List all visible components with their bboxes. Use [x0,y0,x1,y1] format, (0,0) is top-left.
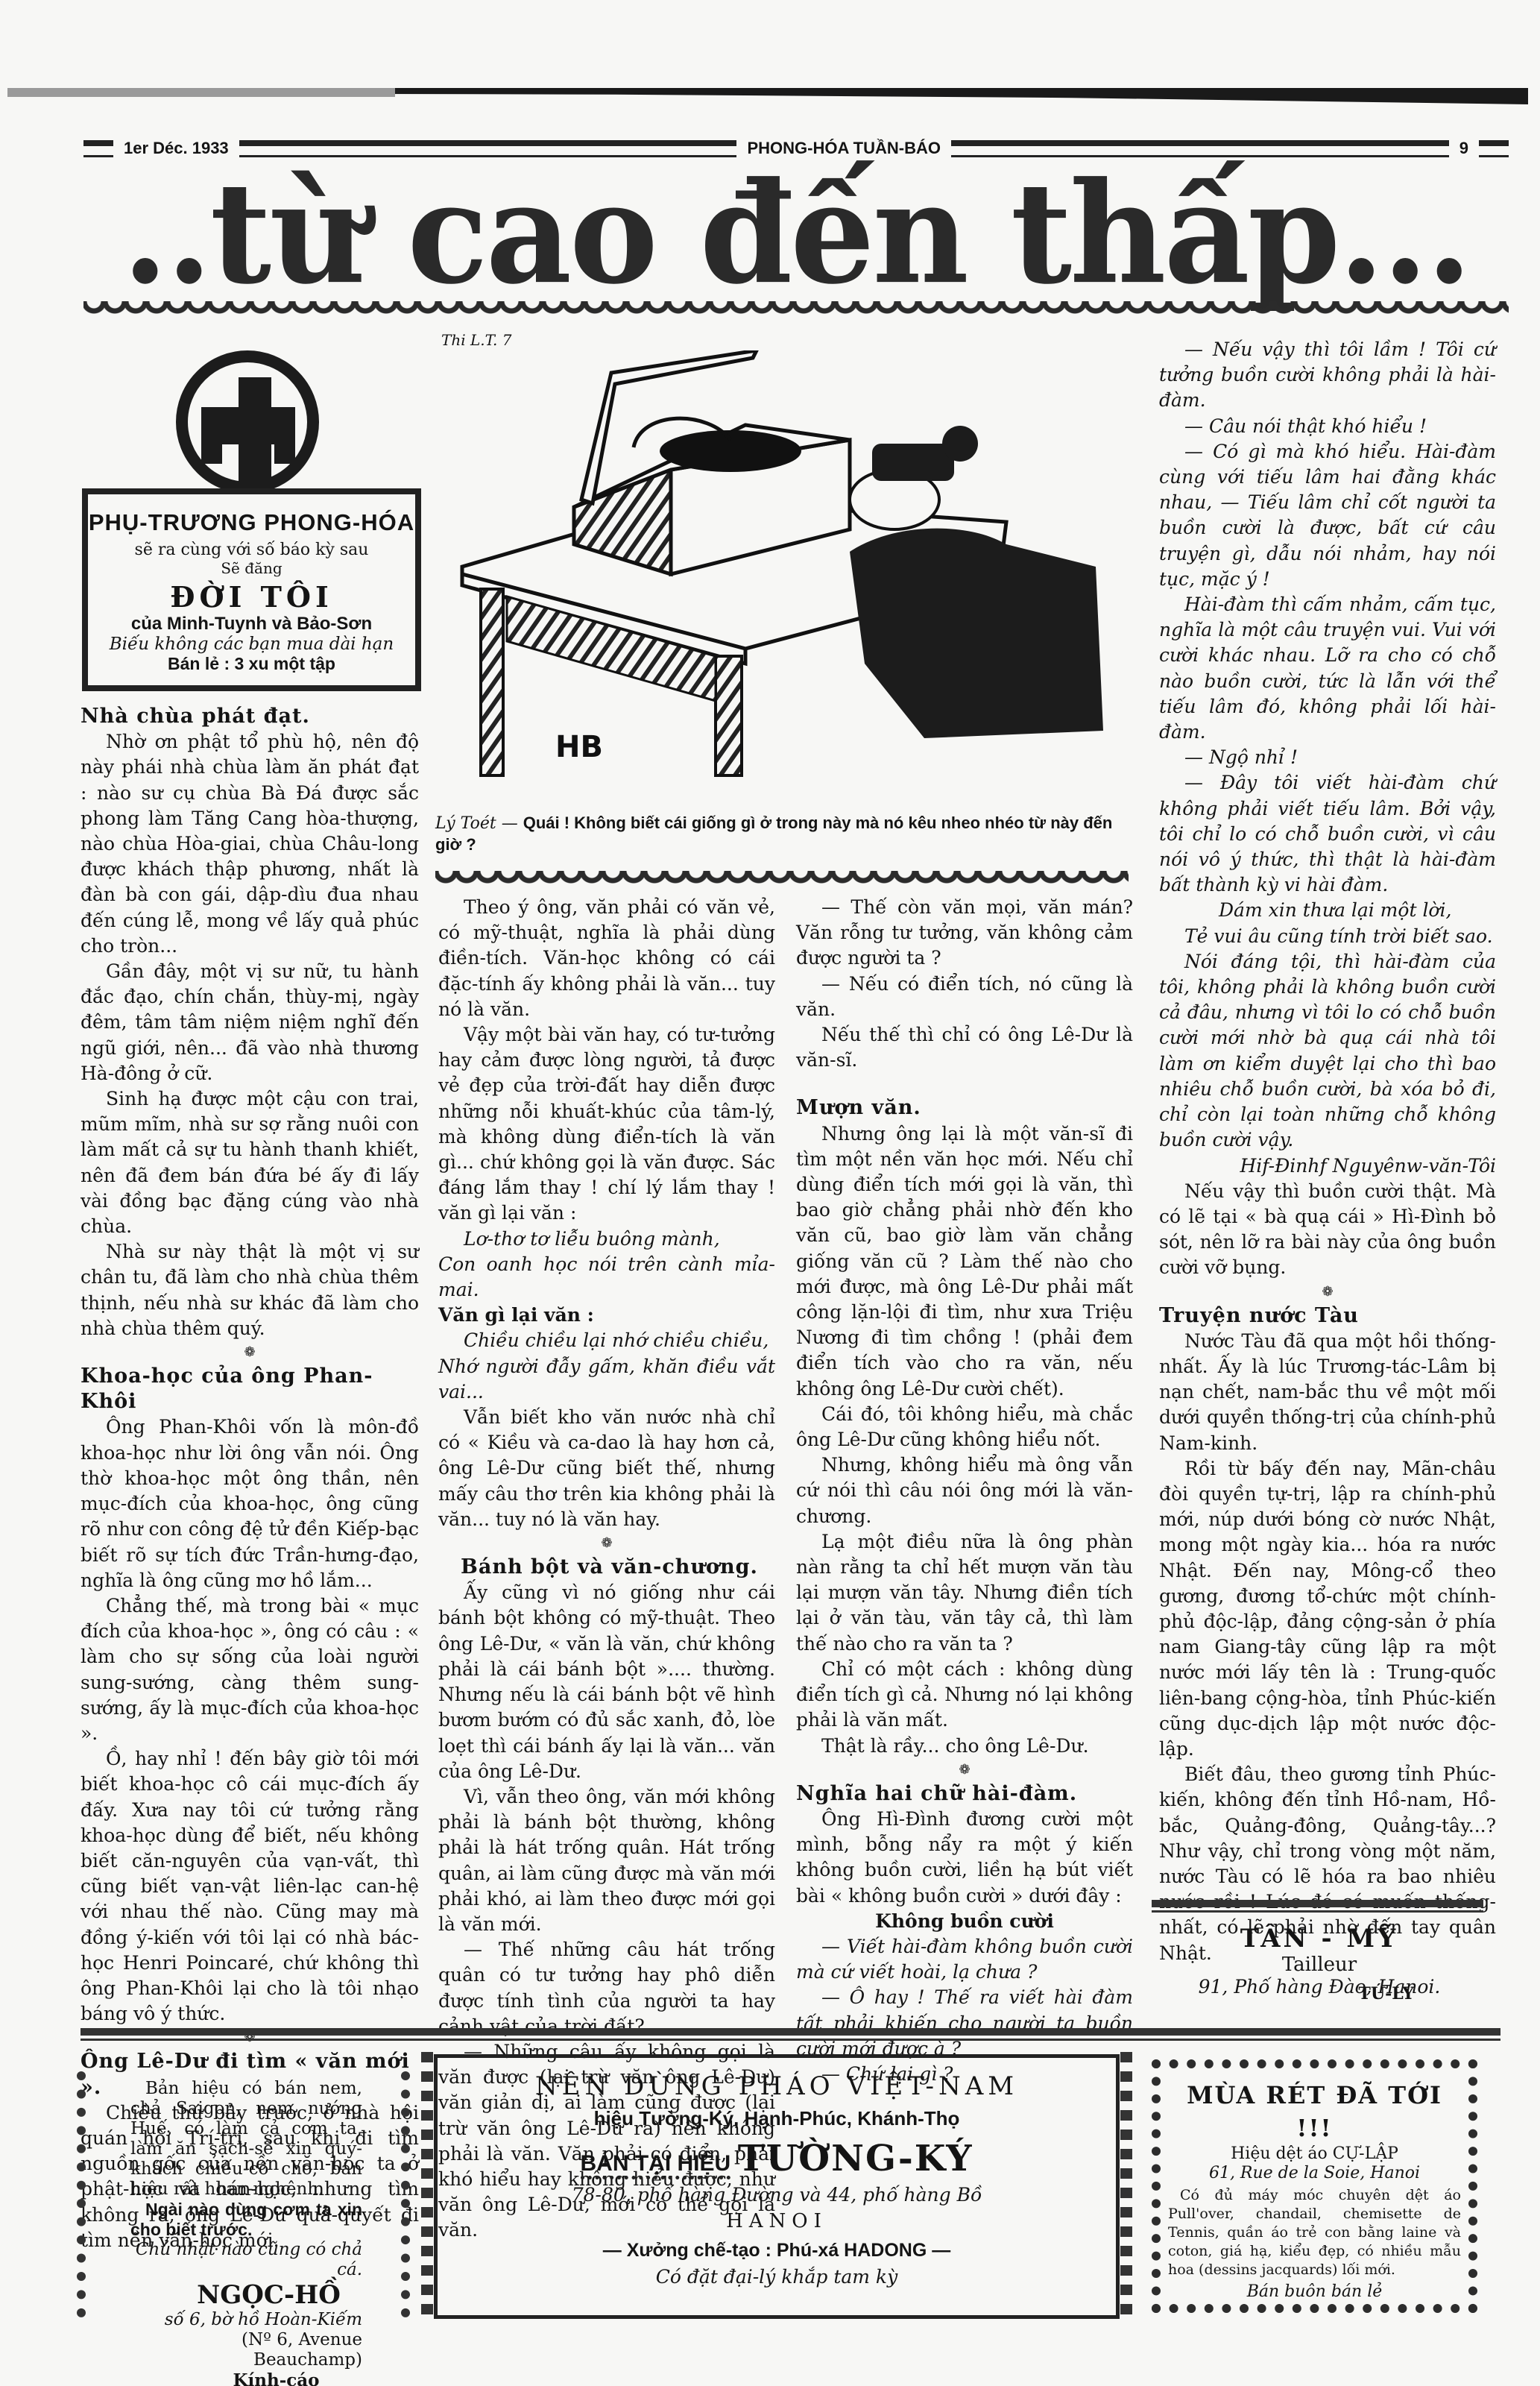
paragraph: Cái đó, tôi không hiểu, mà chắc ông Lê-D… [796,1402,1133,1452]
verse-line: Dám xin thưa lại một lời, [1159,898,1496,923]
ad-sold-at: BÁN TẠI HIỆU [581,2151,731,2179]
article-title: Truyện nước Tàu [1159,1303,1496,1329]
paragraph: Vẫn biết kho văn nước nhà chỉ có « Kiều … [438,1405,775,1532]
paragraph: Chẳng thế, mà trong bài « mục đích của k… [81,1593,419,1746]
cartoon-gramophone-illustration: HB [447,350,1126,798]
dialogue-line: — Nếu vậy thì tôi lầm ! Tôi cứ tưởng buồ… [1159,337,1496,414]
column-2: Theo ý ông, văn phải có văn vẻ, có mỹ-th… [438,895,775,2244]
cartoon-credit: Thi L.T. 7 [441,331,511,349]
ad-name: TÂN - MỸ [1152,1924,1487,1954]
paragraph: Vì, vẫn theo ông, văn mới không phải là … [438,1784,775,1937]
dialogue-line: — Câu nói thật khó hiểu ! [1159,414,1496,439]
verse-line: Chiều chiều lại nhớ chiều chiều, [438,1328,775,1353]
paragraph: Ồ, hay nhỉ ! đến bây giờ tôi mới biết kh… [81,1746,419,2027]
ad-note-italic: Chủ nhật nào cũng có chả cá. [130,2240,362,2280]
dialogue-line: — Đây tôi viết hài-đàm chứ không phải vi… [1159,770,1496,898]
verse-line: Lơ-thơ tơ liễu buông mành, [438,1227,775,1252]
article-title: Bánh bột và văn-chương. [438,1555,775,1580]
wavy-divider [435,871,1129,887]
supplement-line: Sẽ đăng [88,559,415,577]
ad-address: 78-80, phố hàng Đường và 44, phố hàng Bồ [438,2184,1116,2206]
verse-line: Nhớ người đẫy gấm, khăn điều vắt vai... [438,1354,775,1405]
ad-headline: MÙA RÉT ĐÃ TỚI !!! [1168,2079,1461,2144]
ad-name: NGỌC-HỒ [130,2280,362,2310]
scan-edge-gray [7,88,395,97]
ad-address: 61, Rue de la Soie, Hanoi [1168,2164,1461,2183]
supplement-offer: Biếu không các bạn mua dài hạn [88,635,415,654]
ad-tuong-ky: NÊN DÙNG PHÁO VIỆT-NAM hiệu Tường-Ký, Hạ… [434,2054,1120,2319]
article-title: Nhà chùa phát đạt. [81,704,419,729]
ad-body: Có đủ máy móc chuyên dệt áo Pull'over, c… [1168,2186,1461,2279]
bottom-rule [81,2028,1500,2041]
ad-note: Ngài nào dùng cơm ta xin cho biết trước. [130,2200,362,2240]
ad-city: HANOI [438,2210,1116,2232]
paragraph: Nhà sư này thật là một vị sư chân tu, đã… [81,1239,419,1341]
caption-speaker: Lý Toét — [435,814,518,833]
ad-shop-name: TƯỜNG-KÝ [738,2138,973,2179]
dialogue-line: Hài-đàm thì cấm nhảm, cấm tục, nghĩa là … [1159,592,1496,745]
column-3: — Thế còn văn mọi, văn mán? Văn rỗng tư … [796,895,1133,2087]
paragraph: Theo ý ông, văn phải có văn vẻ, có mỹ-th… [438,895,775,1022]
column-4: — Nếu vậy thì tôi lầm ! Tôi cứ tưởng buồ… [1159,337,1496,2006]
ad-tan-my: TÂN - MỸ Tailleur 91, Phố hàng Đào, Hano… [1152,1924,1487,1998]
article-title: Mượn văn. [796,1095,1133,1121]
column-1: Nhà chùa phát đạt. Nhờ ơn phật tổ phù hộ… [81,704,419,2253]
supplement-work-title: ĐỜI TÔI [88,580,415,614]
supplement-authors: của Minh-Tuynh và Bảo-Sơn [88,614,415,635]
ad-headline: NÊN DÙNG PHÁO VIỆT-NAM [438,2071,1116,2101]
ad-signoff: Kính-cáo [130,2370,362,2386]
ad-body: Bản hiệu có bán nem, chả Saigon, nem nướ… [130,2079,362,2200]
paragraph: Gần đây, một vị sư nữ, tu hành đắc đạo, … [81,959,419,1086]
ornament-icon: ❁ [81,1341,419,1364]
phong-hoa-emblem-icon [176,350,319,494]
ad-cu-lap: MÙA RÉT ĐÃ TỚI !!! Hiệu dệt áo CỰ-LẬP 61… [1152,2059,1477,2313]
wavy-divider [83,301,1509,318]
ornament-icon: ❁ [438,1532,775,1555]
paragraph: Ông Hì-Đình đương cười một mình, bỗng nẩ… [796,1807,1133,1909]
dialogue-line: — Ô hay ! Thế ra viết hài đàm tất phải k… [796,1985,1133,2062]
ad-agents: Có đặt đại-lý khắp tam kỳ [438,2266,1116,2288]
paragraph: — Nếu có điển tích, nó cũng là văn. [796,972,1133,1022]
paragraph: Thật là rầy... cho ông Lê-Dư. [796,1734,1133,1759]
verse-line: Con oanh học nói trên cành mỉa-mai. [438,1252,775,1303]
supplement-title: PHỤ-TRƯƠNG PHONG-HÓA [88,509,415,536]
ad-factory: — Xưởng chế-tạo : Phú-xá HADONG — [438,2240,1116,2261]
paragraph: Nếu vậy thì buồn cười thật. Mà có lẽ tại… [1159,1179,1496,1281]
ornament-icon: ❁ [1159,1281,1496,1303]
caption-text: Quái ! Không biết cái giống gì ở trong n… [435,813,1112,854]
header-rule [1479,140,1509,157]
ornament-icon: ❁ [796,1759,1133,1781]
article-title: Khoa-học của ông Phan-Khôi [81,1364,419,1414]
paragraph: Nói đáng tội, thì hài-đàm của tôi, không… [1159,949,1496,1153]
paragraph: Nhưng ông lại là một văn-sĩ đi tìm một n… [796,1121,1133,1402]
artist-signature: HB [555,730,603,764]
ad-address-fr: (Nº 6, Avenue Beauchamp) [130,2330,362,2370]
paragraph: — Thế những câu hát trống quân có tư tưở… [438,1937,775,2039]
interlude: Văn gì lại văn : [438,1303,775,1328]
supplement-price: Bán lẻ : 3 xu một tập [88,654,415,674]
dialogue-line: — Có gì mà khó hiểu. Hài-đàm cùng với ti… [1159,439,1496,592]
dialogue-line: — Viết hài-đàm không buồn cười mà cứ viế… [796,1934,1133,1985]
ad-shop: Hiệu dệt áo CỰ-LẬP [1168,2144,1461,2164]
section-title: ..từ cao đến thấp... [83,167,1509,300]
paragraph: Nhưng, không hiểu mà ông vẫn cứ nói thì … [796,1452,1133,1529]
ad-footer: Bán buôn bán lẻ [1168,2282,1461,2302]
rule [1152,1900,1483,1913]
subtitle: Không buồn cười [796,1909,1133,1934]
paragraph: Nước Tàu đã qua một hồi thống-nhất. Ấy l… [1159,1329,1496,1456]
supplement-announcement: PHỤ-TRƯƠNG PHONG-HÓA sẽ ra cùng với số b… [82,488,421,691]
paragraph: Sinh hạ được một cậu con trai, mũm mĩm, … [81,1086,419,1239]
header-rule [83,140,113,157]
ad-ngoc-ho: Bản hiệu có bán nem, chả Saigon, nem nướ… [77,2071,410,2317]
paragraph: Ấy cũng vì nó giống như cái bánh bột khô… [438,1580,775,1784]
paragraph: Vậy một bài văn hay, có tư-tưởng hay cảm… [438,1022,775,1227]
verse-line: Tẻ vui âu cũng tính trời biết sao. [1159,924,1496,949]
paragraph: Rồi từ bấy đến nay, Mãn-châu đòi quyền t… [1159,1456,1496,1762]
dialogue-line: — Ngộ nhỉ ! [1159,745,1496,770]
cartoon-caption: Lý Toét — Quái ! Không biết cái giống gì… [435,813,1136,856]
ad-type: Tailleur [1152,1954,1487,1976]
ad-address: 91, Phố hàng Đào, Hanoi. [1152,1976,1487,1998]
paragraph: Chỉ có một cách : không dùng điển tích g… [796,1657,1133,1734]
article-title: Nghĩa hai chữ hài-đàm. [796,1781,1133,1807]
paragraph: — Thế còn văn mọi, văn mán? Văn rỗng tư … [796,895,1133,972]
ad-brands: hiệu Tường-Ký, Hạnh-Phúc, Khánh-Thọ [438,2107,1116,2130]
paragraph: Nếu thế thì chỉ có ông Lê-Dư là văn-sĩ. [796,1022,1133,1073]
author-signature: Hif-Đinhf Nguyênw-văn-Tôi [1159,1153,1496,1179]
paragraph: Lạ một điều nữa là ông phàn nàn rằng ta … [796,1529,1133,1657]
ad-address: số 6, bờ hồ Hoàn-Kiếm [130,2310,362,2330]
paragraph: Ông Phan-Khôi vốn là môn-đồ khoa-học như… [81,1414,419,1593]
paragraph: Nhờ ơn phật tổ phù hộ, nên độ này phái n… [81,729,419,959]
supplement-line: sẽ ra cùng với số báo kỳ sau [88,541,415,559]
